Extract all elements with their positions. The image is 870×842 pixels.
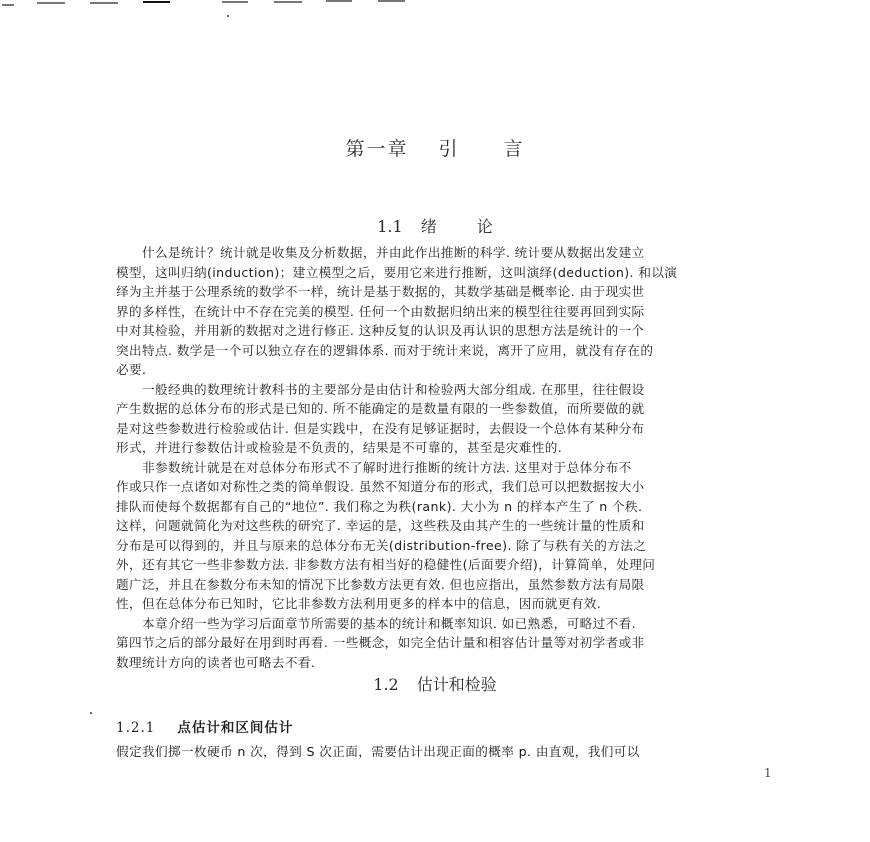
paragraph-what-is-statistics: 什么是统计？统计就是收集及分析数据，并由此作出推断的科学. 统计要从数据出发建立…	[116, 243, 781, 380]
scan-mark	[222, 1, 248, 3]
text-line: 突出特点. 数学是一个可以独立存在的逻辑体系. 而对于统计来说，离开了应用，就没…	[116, 341, 781, 361]
chapter-title: 第一章引言	[0, 134, 870, 161]
paragraph-chapter-intro: 本章介绍一些为学习后面章节所需要的基本的统计和概率知识. 如已熟悉，可略过不看.…	[116, 614, 781, 673]
page-number: 1	[764, 766, 772, 780]
scan-mark	[2, 4, 14, 6]
subsection-title: 点估计和区间估计	[177, 720, 293, 736]
text-line: 题广泛，并且在参数分布未知的情况下比参数方法更有效. 但也应指出，虽然参数方法有…	[116, 575, 781, 595]
text-line: 性，但在总体分布已知时，它比非参数方法利用更多的样本中的信息，因而就更有效.	[116, 594, 781, 614]
text-line: 绎为主并基于公理系统的数学不一样，统计是基于数据的，其数学基础是概率论. 由于现…	[116, 282, 781, 302]
scan-mark	[274, 1, 302, 3]
text-line: 中对其检验，并用新的数据对之进行修正. 这种反复的认识及再认识的思想方法是统计的…	[116, 321, 781, 341]
scan-mark	[143, 1, 170, 3]
subsection-heading-1-2-1: 1.2.1点估计和区间估计	[116, 716, 293, 736]
chapter-title-char: 引	[438, 134, 459, 161]
text-line: 非参数统计就是在对总体分布形式不了解时进行推断的统计方法. 这里对于总体分布不	[116, 458, 781, 478]
scan-mark	[90, 2, 118, 4]
chapter-number: 第一章	[345, 134, 408, 161]
text-line: 产生数据的总体分布的形式是已知的. 所不能确定的是数量有限的一些参数值，而所要做…	[116, 399, 781, 419]
scan-speck	[227, 15, 229, 17]
body-text: 什么是统计？统计就是收集及分析数据，并由此作出推断的科学. 统计要从数据出发建立…	[116, 243, 781, 672]
paragraph-nonparametric: 非参数统计就是在对总体分布形式不了解时进行推断的统计方法. 这里对于总体分布不 …	[116, 458, 781, 614]
section-title-char: 绪	[421, 217, 437, 236]
text-line: 作或只作一点诸如对称性之类的简单假设. 虽然不知道分布的形式，我们总可以把数据按…	[116, 477, 781, 497]
text-line: 什么是统计？统计就是收集及分析数据，并由此作出推断的科学. 统计要从数据出发建立	[116, 243, 781, 263]
scan-mark	[378, 0, 405, 2]
section-heading-1-1: 1.1绪论	[0, 214, 870, 237]
section-title-char: 论	[477, 217, 493, 236]
text-line: 数理统计方向的读者也可略去不看.	[116, 653, 781, 673]
section-title: 估计和检验	[417, 675, 497, 694]
text-line: 这样，问题就简化为对这些秩的研究了. 幸运的是，这些秩及由其产生的一些统计量的性…	[116, 516, 781, 536]
scan-mark	[37, 2, 65, 4]
scan-speck	[90, 712, 92, 714]
text-line: 本章介绍一些为学习后面章节所需要的基本的统计和概率知识. 如已熟悉，可略过不看.	[116, 614, 781, 634]
paragraph-classical-statistics: 一般经典的数理统计教科书的主要部分是由估计和检验两大部分组成. 在那里，往往假设…	[116, 380, 781, 458]
text-line: 模型，这叫归纳(induction)；建立模型之后，要用它来进行推断，这叫演绎(…	[116, 263, 781, 283]
text-line: 分布是可以得到的，并且与原来的总体分布无关(distribution-free)…	[116, 536, 781, 556]
scan-mark	[326, 0, 352, 2]
text-line: 第四节之后的部分最好在用到时再看. 一些概念，如完全估计量和相容估计量等对初学者…	[116, 633, 781, 653]
subsection-number: 1.2.1	[116, 720, 155, 736]
text-line: 界的多样性，在统计中不存在完美的模型. 任何一个由数据归纳出来的模型往往要再回到…	[116, 302, 781, 322]
text-line: 假定我们掷一枚硬币 n 次，得到 S 次正面，需要估计出现正面的概率 p. 由直…	[116, 741, 781, 760]
section-number: 1.1	[377, 217, 402, 236]
text-line: 必要.	[116, 360, 781, 380]
section-heading-1-2: 1.2估计和检验	[0, 672, 870, 695]
text-line: 排队而使每个数据都有自己的“地位”. 我们称之为秩(rank). 大小为 n 的…	[116, 497, 781, 517]
text-line: 是对这些参数进行检验或估计. 但是实践中，在没有足够证据时，去假设一个总体有某种…	[116, 419, 781, 439]
text-line: 形式，并进行参数估计或检验是不负责的，结果是不可靠的，甚至是灾难性的.	[116, 438, 781, 458]
chapter-title-char: 言	[504, 134, 525, 161]
section-number: 1.2	[373, 675, 398, 694]
text-line: 一般经典的数理统计教科书的主要部分是由估计和检验两大部分组成. 在那里，往往假设	[116, 380, 781, 400]
text-line: 外，还有其它一些非参数方法. 非参数方法有相当好的稳健性(后面要介绍)，计算简单…	[116, 555, 781, 575]
